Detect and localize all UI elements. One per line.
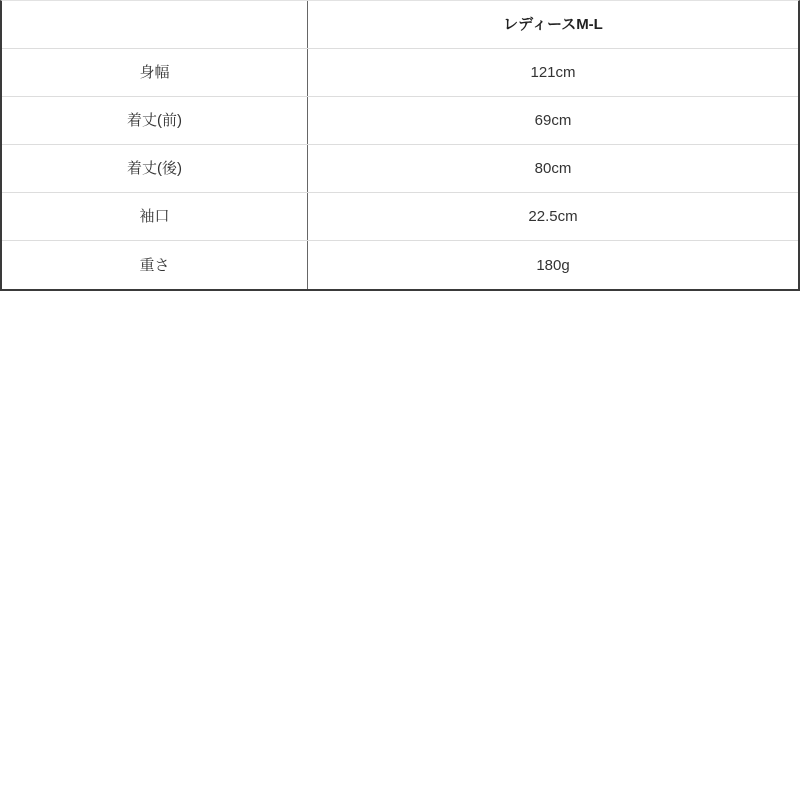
table-header-row: レディースM-L: [2, 1, 798, 49]
table-row-sodeguchi: 袖口 22.5cm: [2, 193, 798, 241]
row-label: 重さ: [2, 241, 308, 289]
row-label: 袖口: [2, 193, 308, 240]
table-row-miharaba: 身幅 121cm: [2, 49, 798, 97]
row-value: 121cm: [308, 49, 798, 96]
table-row-omosa: 重さ 180g: [2, 241, 798, 289]
row-value: 180g: [308, 241, 798, 289]
table-row-kitake-back: 着丈(後) 80cm: [2, 145, 798, 193]
row-value: 22.5cm: [308, 193, 798, 240]
row-label: 着丈(前): [2, 97, 308, 144]
row-value: 69cm: [308, 97, 798, 144]
row-value: 80cm: [308, 145, 798, 192]
header-empty-cell: [2, 1, 308, 48]
row-label: 着丈(後): [2, 145, 308, 192]
size-chart-table: レディースM-L 身幅 121cm 着丈(前) 69cm 着丈(後) 80cm …: [0, 0, 800, 291]
header-size-label: レディースM-L: [308, 1, 798, 48]
table-row-kitake-front: 着丈(前) 69cm: [2, 97, 798, 145]
row-label: 身幅: [2, 49, 308, 96]
